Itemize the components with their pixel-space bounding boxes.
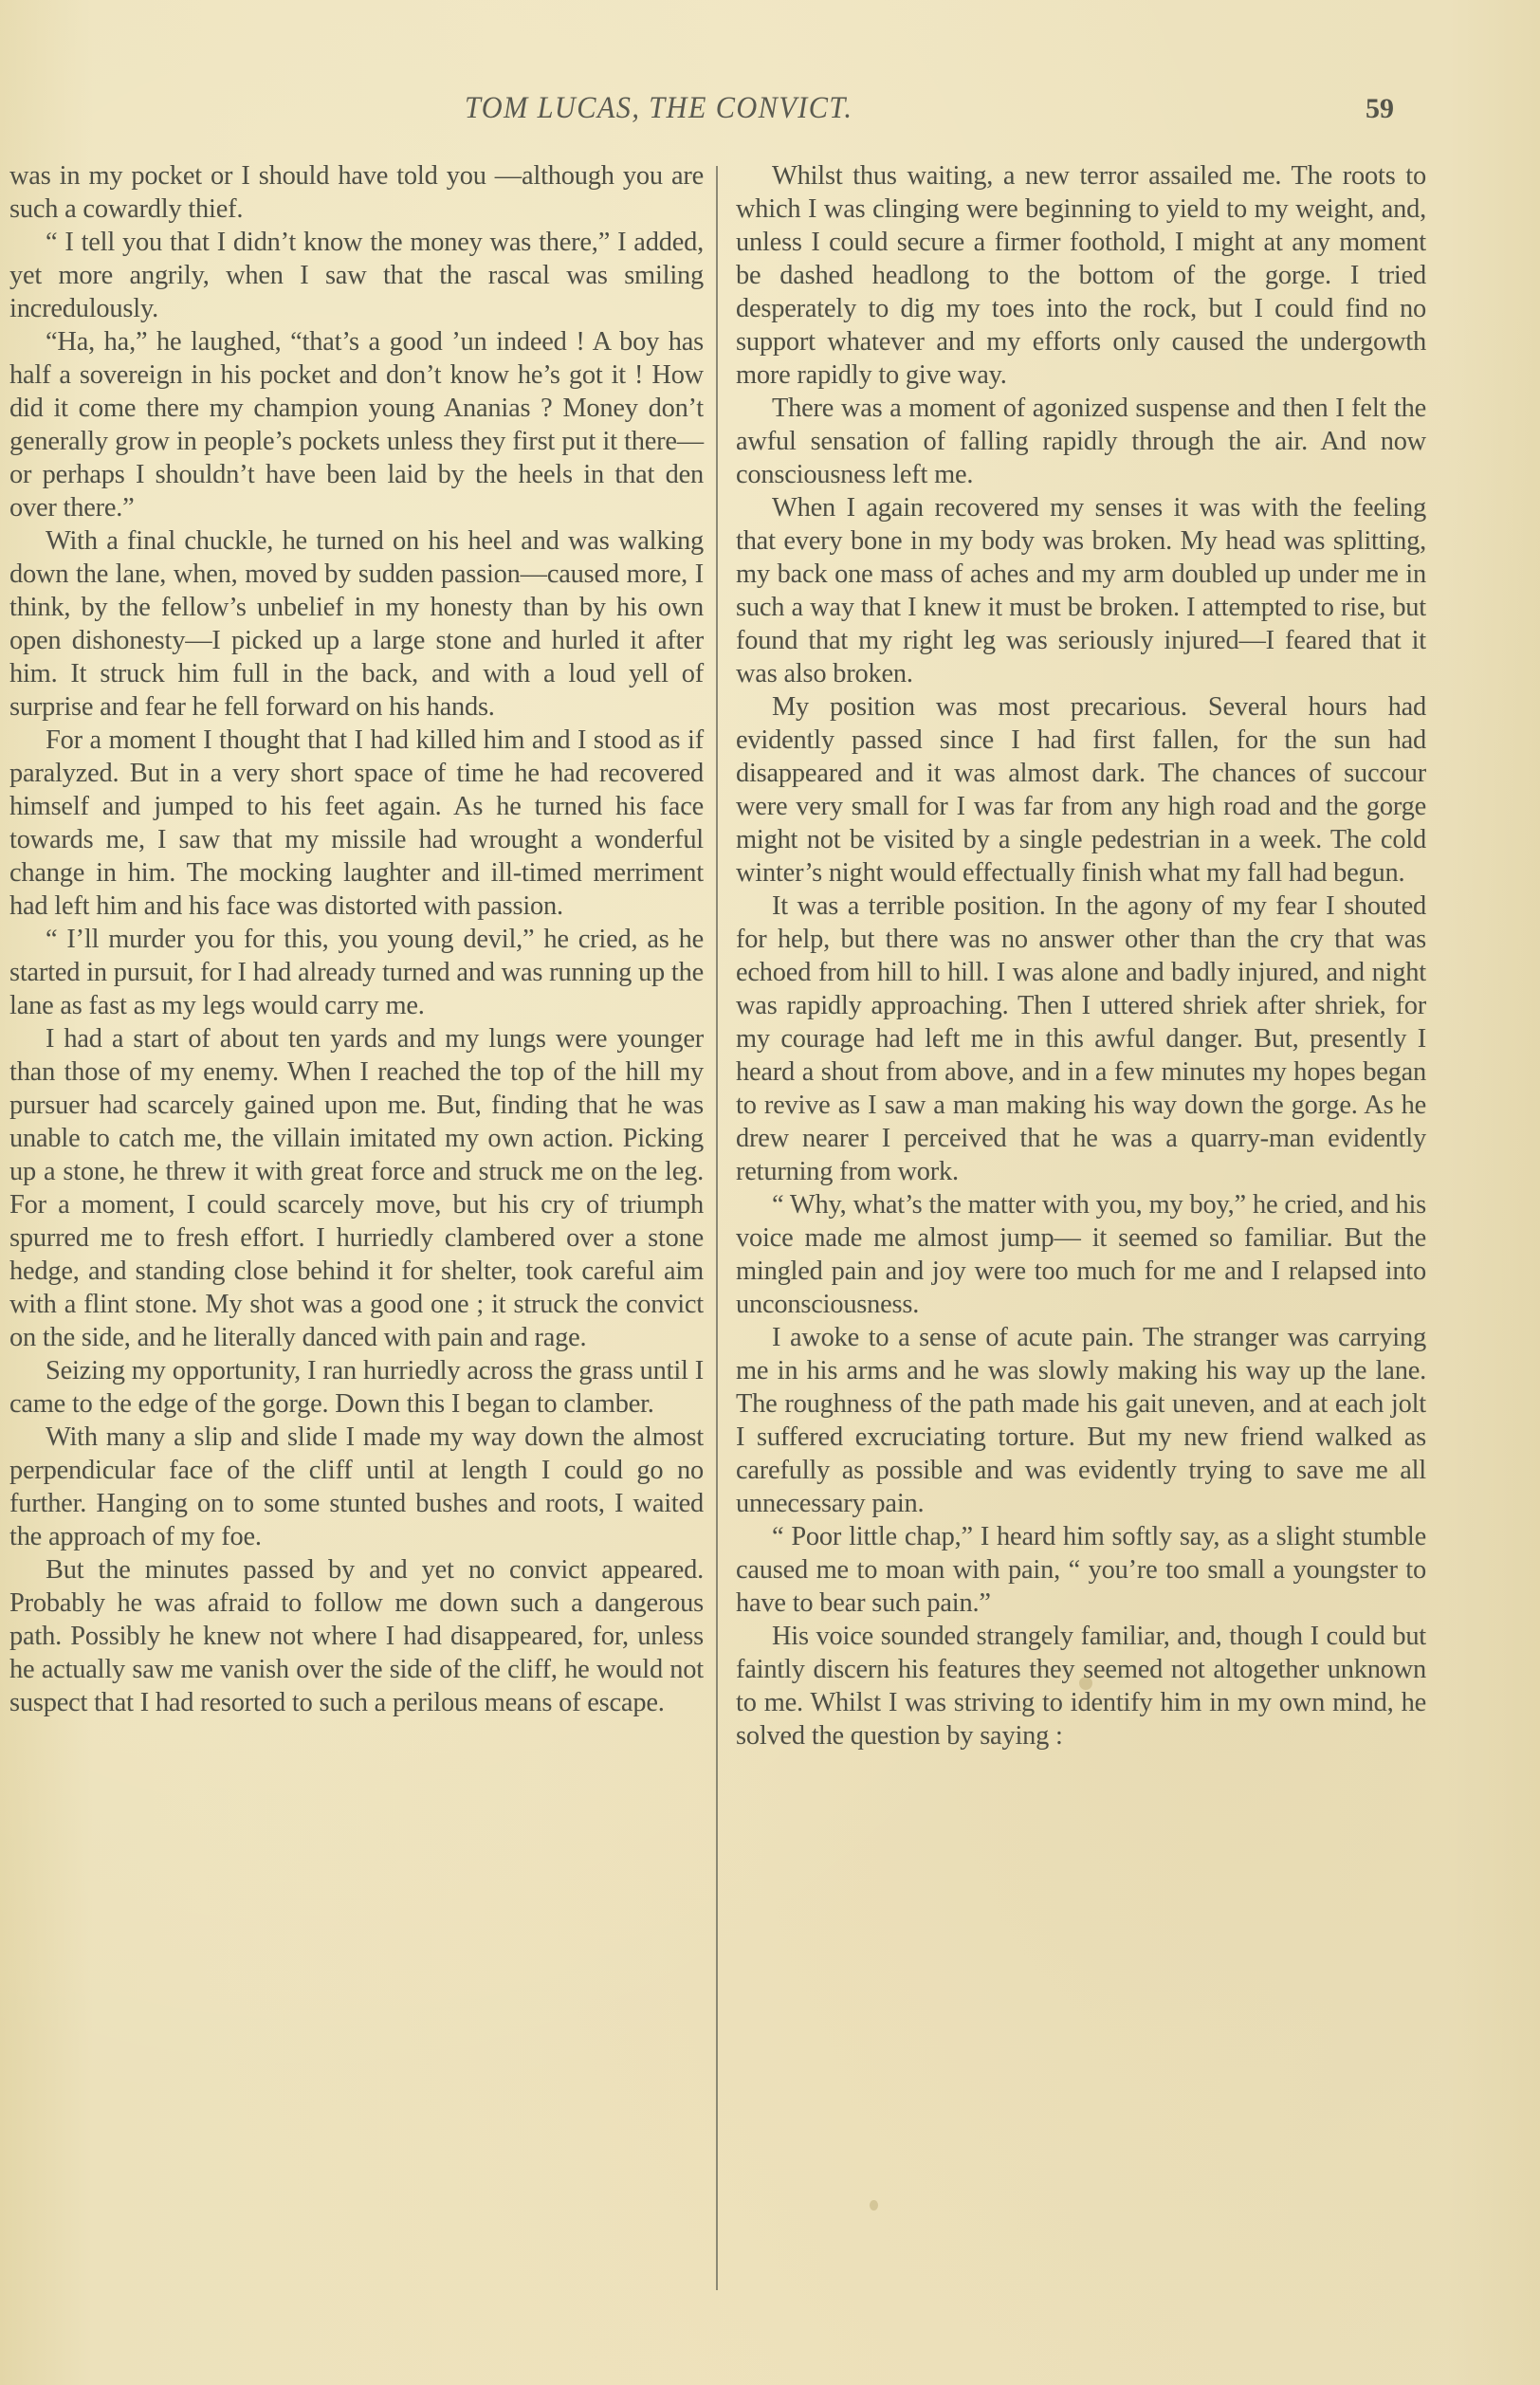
paragraph: was in my pocket or I should have told y… [9, 159, 704, 226]
book-page: TOM LUCAS, THE CONVICT. 59 was in my poc… [0, 0, 1540, 2385]
paragraph: But the minutes passed by and yet no con… [9, 1553, 704, 1719]
paragraph: Whilst thus waiting, a new terror assail… [736, 159, 1426, 392]
paragraph: For a moment I thought that I had killed… [9, 724, 704, 923]
paragraph: It was a terrible position. In the agony… [736, 890, 1426, 1188]
page-number: 59 [1366, 93, 1394, 125]
paragraph: With a final chuckle, he turned on his h… [9, 524, 704, 724]
right-column: Whilst thus waiting, a new terror assail… [736, 159, 1426, 1752]
running-head: TOM LUCAS, THE CONVICT. 59 [0, 91, 1540, 129]
paper-stain [870, 2200, 878, 2211]
paragraph: When I again recovered my senses it was … [736, 491, 1426, 690]
paragraph: Seizing my opportunity, I ran hurriedly … [9, 1354, 704, 1421]
paragraph: I awoke to a sense of acute pain. The st… [736, 1321, 1426, 1520]
paragraph: “ I’ll murder you for this, you young de… [9, 923, 704, 1022]
paragraph: There was a moment of agonized suspense … [736, 392, 1426, 491]
left-column: was in my pocket or I should have told y… [9, 159, 704, 1719]
paragraph: My position was most precarious. Several… [736, 690, 1426, 890]
paragraph: “ Poor little chap,” I heard him softly … [736, 1520, 1426, 1620]
running-title: TOM LUCAS, THE CONVICT. [465, 91, 852, 126]
paper-stain [1079, 1677, 1092, 1690]
paragraph: “ Why, what’s the matter with you, my bo… [736, 1188, 1426, 1321]
paragraph: I had a start of about ten yards and my … [9, 1022, 704, 1354]
paragraph: “ I tell you that I didn’t know the mone… [9, 226, 704, 325]
paragraph: With many a slip and slide I made my way… [9, 1421, 704, 1553]
paragraph: “Ha, ha,” he laughed, “that’s a good ’un… [9, 325, 704, 524]
column-divider [716, 166, 718, 2290]
